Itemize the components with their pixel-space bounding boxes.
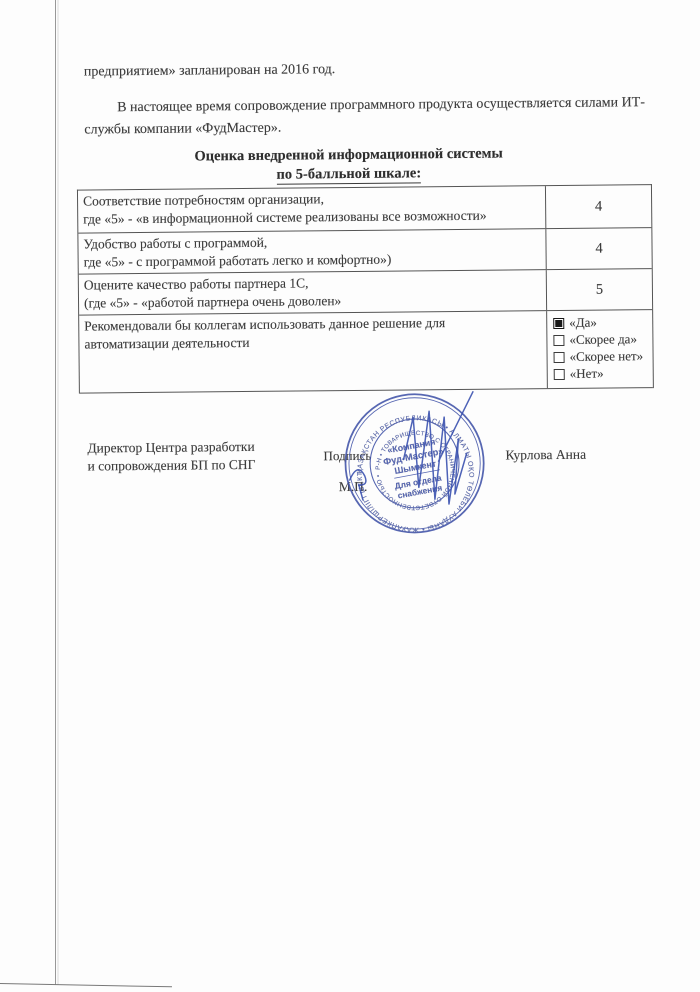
table-row: Оцените качество работы партнера 1С, (гд… <box>79 269 652 315</box>
signer-name: Курлова Анна <box>505 447 586 464</box>
table-row: Соответствие потребностям организации, г… <box>78 185 651 233</box>
checkbox-empty-icon <box>554 368 565 379</box>
checkbox-empty-icon <box>553 334 564 345</box>
option-rather-yes: «Скорее да» <box>553 332 648 347</box>
document-title: Оценка внедренной информационной системы… <box>0 143 699 188</box>
checkbox-checked-icon <box>553 317 564 328</box>
signer-role: Директор Центра разработки и сопровожден… <box>87 438 255 476</box>
paragraph-continuation: предприятием» запланирован на 2016 год. <box>84 62 336 80</box>
question-hint: (где «5» - «работой партнера очень довол… <box>84 290 538 312</box>
option-yes: «Да» <box>553 315 648 330</box>
rating-value: 4 <box>546 228 651 269</box>
option-label: «Скорее да» <box>569 332 637 347</box>
options-cell: «Да» «Скорее да» «Скорее нет» «Нет» <box>547 310 653 388</box>
question-cell: Соответствие потребностям организации, г… <box>78 186 546 232</box>
option-rather-no: «Скорее нет» <box>554 349 649 364</box>
question-hint: где «5» - с программой работать легко и … <box>84 249 538 271</box>
checkbox-empty-icon <box>554 351 565 362</box>
question-cell: Оцените качество работы партнера 1С, (гд… <box>79 270 547 314</box>
rating-table: Соответствие потребностям организации, г… <box>77 184 654 394</box>
question-hint: где «5» - «в информационной системе реал… <box>83 206 537 228</box>
scanned-document-page: предприятием» запланирован на 2016 год. … <box>0 0 700 992</box>
option-label: «Да» <box>569 316 597 330</box>
signer-role-line1: Директор Центра разработки <box>87 438 255 458</box>
title-line-2: по 5-балльной шкале: <box>276 165 421 184</box>
question-cell: Удобство работы с программой, где «5» - … <box>78 229 546 273</box>
option-label: «Нет» <box>570 367 604 381</box>
question-text: автоматизации деятельности <box>84 331 538 353</box>
paragraph-support-info: В настоящее время сопровождение программ… <box>84 92 672 142</box>
rating-value: 4 <box>546 185 651 228</box>
table-row: Удобство работы с программой, где «5» - … <box>78 228 651 274</box>
option-no: «Нет» <box>554 366 649 381</box>
handwritten-signature <box>331 379 503 541</box>
signer-role-line2: и сопровождения БП по СНГ <box>88 456 256 476</box>
rating-value: 5 <box>547 269 652 310</box>
option-label: «Скорее нет» <box>570 349 644 364</box>
